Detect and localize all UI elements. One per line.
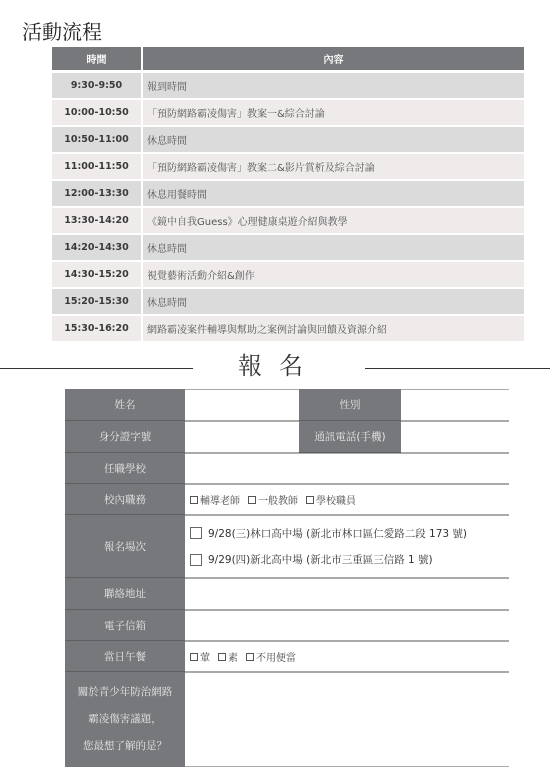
row-time: 11:00-11:50	[52, 154, 141, 179]
header-content: 內容	[143, 47, 524, 70]
checkbox-icon	[190, 653, 198, 661]
divider-right	[365, 368, 550, 369]
form-row-session: 報名場次 9/28(三)林口高中場 (新北市林口區仁愛路二段 173 號) 9/…	[65, 515, 509, 578]
phone-label: 通訊電話(手機)	[299, 421, 401, 453]
divider-left	[0, 368, 193, 369]
checkbox-icon	[190, 496, 198, 504]
row-time: 9:30-9:50	[52, 73, 141, 98]
row-time: 10:00-10:50	[52, 100, 141, 125]
row-content: 「預防網路霸凌傷害」教案一&綜合討論	[143, 100, 524, 125]
schedule-row: 13:30-14:20 《鏡中自我Guess》心理健康桌遊介紹與教學	[52, 208, 524, 233]
form-row-address: 聯絡地址	[65, 578, 509, 610]
lunch-option-veg[interactable]: 素	[218, 649, 238, 664]
row-time: 14:30-15:20	[52, 262, 141, 287]
school-field[interactable]	[185, 453, 509, 484]
form-row-position: 校內職務 輔導老師 一般教師 學校職員	[65, 484, 509, 515]
schedule-header-row: 時間 內容	[52, 47, 524, 70]
row-time: 15:30-16:20	[52, 316, 141, 341]
lunch-options: 葷 素 不用便當	[185, 641, 509, 672]
lunch-option-none[interactable]: 不用便當	[246, 649, 296, 664]
schedule-row: 12:00-13:30 休息用餐時間	[52, 181, 524, 206]
name-label: 姓名	[65, 389, 185, 421]
session-options: 9/28(三)林口高中場 (新北市林口區仁愛路二段 173 號) 9/29(四)…	[185, 515, 509, 578]
school-label: 任職學校	[65, 453, 185, 484]
checkbox-icon	[246, 653, 254, 661]
schedule-row: 15:20-15:30 休息時間	[52, 289, 524, 314]
schedule-row: 15:30-16:20 網路霸凌案件輔導與幫助之案例討論與回饋及資源介紹	[52, 316, 524, 341]
row-content: 休息時間	[143, 289, 524, 314]
row-time: 12:00-13:30	[52, 181, 141, 206]
row-content: 視覺藝術活動介紹&創作	[143, 262, 524, 287]
position-option-staff[interactable]: 學校職員	[306, 492, 356, 507]
question-field[interactable]	[185, 672, 509, 767]
row-content: 報到時間	[143, 73, 524, 98]
session-option-linkou[interactable]: 9/28(三)林口高中場 (新北市林口區仁愛路二段 173 號)	[190, 526, 467, 541]
lunch-label: 當日午餐	[65, 641, 185, 672]
session-option-xinbei[interactable]: 9/29(四)新北高中場 (新北市三重區三信路 1 號)	[190, 552, 467, 567]
position-options: 輔導老師 一般教師 學校職員	[185, 484, 509, 515]
id-field[interactable]	[185, 421, 299, 453]
checkbox-icon	[306, 496, 314, 504]
schedule-row: 9:30-9:50 報到時間	[52, 73, 524, 98]
row-content: 休息時間	[143, 235, 524, 260]
form-row-name: 姓名 性別	[65, 389, 509, 421]
form-row-id: 身分證字號 通訊電話(手機)	[65, 421, 509, 453]
position-option-counselor[interactable]: 輔導老師	[190, 492, 240, 507]
address-field[interactable]	[185, 578, 509, 610]
row-content: 《鏡中自我Guess》心理健康桌遊介紹與教學	[143, 208, 524, 233]
header-time: 時間	[52, 47, 141, 70]
id-label: 身分證字號	[65, 421, 185, 453]
checkbox-icon	[190, 554, 202, 566]
position-label: 校內職務	[65, 484, 185, 515]
email-field[interactable]	[185, 610, 509, 641]
session-label: 報名場次	[65, 515, 185, 578]
schedule-row: 11:00-11:50 「預防網路霸凌傷害」教案二&影片賞析及綜合討論	[52, 154, 524, 179]
lunch-option-meat[interactable]: 葷	[190, 649, 210, 664]
row-content: 網路霸凌案件輔導與幫助之案例討論與回饋及資源介紹	[143, 316, 524, 341]
form-row-email: 電子信箱	[65, 610, 509, 641]
form-row-question: 關於青少年防治網路 霸凌傷害議題， 您最想了解的是？	[65, 672, 509, 767]
checkbox-icon	[190, 527, 202, 539]
schedule-title: 活動流程	[22, 16, 102, 45]
registration-form: 姓名 性別 身分證字號 通訊電話(手機) 任職學校 校內職務 輔導老師 一般教師…	[65, 389, 509, 767]
position-option-teacher[interactable]: 一般教師	[248, 492, 298, 507]
schedule-row: 14:30-15:20 視覺藝術活動介紹&創作	[52, 262, 524, 287]
email-label: 電子信箱	[65, 610, 185, 641]
row-content: 休息時間	[143, 127, 524, 152]
schedule-row: 14:20-14:30 休息時間	[52, 235, 524, 260]
row-content: 休息用餐時間	[143, 181, 524, 206]
question-label: 關於青少年防治網路 霸凌傷害議題， 您最想了解的是？	[65, 672, 185, 767]
name-field[interactable]	[185, 389, 299, 421]
row-time: 15:20-15:30	[52, 289, 141, 314]
form-row-lunch: 當日午餐 葷 素 不用便當	[65, 641, 509, 672]
gender-label: 性別	[299, 389, 401, 421]
checkbox-icon	[248, 496, 256, 504]
row-time: 14:20-14:30	[52, 235, 141, 260]
row-time: 10:50-11:00	[52, 127, 141, 152]
schedule-table: 時間 內容 9:30-9:50 報到時間 10:00-10:50 「預防網路霸凌…	[52, 47, 524, 343]
phone-field[interactable]	[401, 421, 509, 453]
checkbox-icon	[218, 653, 226, 661]
form-row-school: 任職學校	[65, 453, 509, 484]
schedule-row: 10:50-11:00 休息時間	[52, 127, 524, 152]
gender-field[interactable]	[401, 389, 509, 421]
address-label: 聯絡地址	[65, 578, 185, 610]
row-content: 「預防網路霸凌傷害」教案二&影片賞析及綜合討論	[143, 154, 524, 179]
schedule-row: 10:00-10:50 「預防網路霸凌傷害」教案一&綜合討論	[52, 100, 524, 125]
row-time: 13:30-14:20	[52, 208, 141, 233]
